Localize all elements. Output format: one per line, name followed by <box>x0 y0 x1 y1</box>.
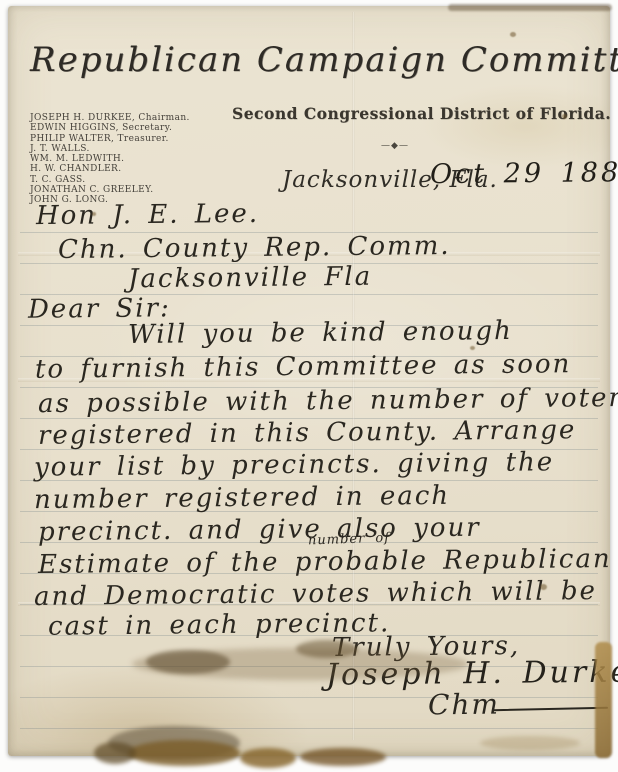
letterhead-ornament: —◆— <box>335 141 455 151</box>
body-line: your list by precincts. giving the <box>34 447 555 482</box>
officer-name: PHILIP WALTER, Treasurer. <box>30 134 240 144</box>
dateline-date: Oct 29 1882 <box>430 157 618 190</box>
officer-name: WM. M. LEDWITH. <box>30 154 240 164</box>
officer-name: T. C. GASS. <box>30 175 240 185</box>
recipient-line: Chn. County Rep. Comm. <box>58 231 451 265</box>
officer-name: JOSEPH H. DURKEE, Chairman. <box>30 113 240 123</box>
officer-name: EDWIN HIGGINS, Secretary. <box>30 123 240 133</box>
body-line: precinct. and give also your <box>38 513 481 548</box>
body-line: number registered in each <box>34 481 450 515</box>
recipient-line: Jacksonville Fla <box>128 262 372 295</box>
officer-name: JONATHAN C. GREELEY. <box>30 185 240 195</box>
body-line: as possible with the number of voters <box>38 383 618 419</box>
letterhead-title: Republican Campaign Committee, <box>30 40 590 80</box>
letterhead-subtitle: Second Congressional District of Florida… <box>232 104 564 123</box>
recipient-line: Hon J. E. Lee. <box>36 199 259 231</box>
body-line: to furnish this Committee as soon <box>35 349 572 385</box>
officers-list: JOSEPH H. DURKEE, Chairman. EDWIN HIGGIN… <box>30 113 240 206</box>
officer-name: H. W. CHANDLER. <box>30 164 240 174</box>
insertion-note: number of <box>308 531 391 549</box>
body-line: registered in this County. Arrange <box>38 415 577 451</box>
body-line: Estimate of the probable Republican <box>38 544 612 580</box>
officer-name: J. T. WALLS. <box>30 144 240 154</box>
signature-title: Chm <box>428 688 500 722</box>
body-line: and Democratic votes which will be <box>34 576 597 612</box>
body-line: Will you be kind enough <box>128 316 513 350</box>
